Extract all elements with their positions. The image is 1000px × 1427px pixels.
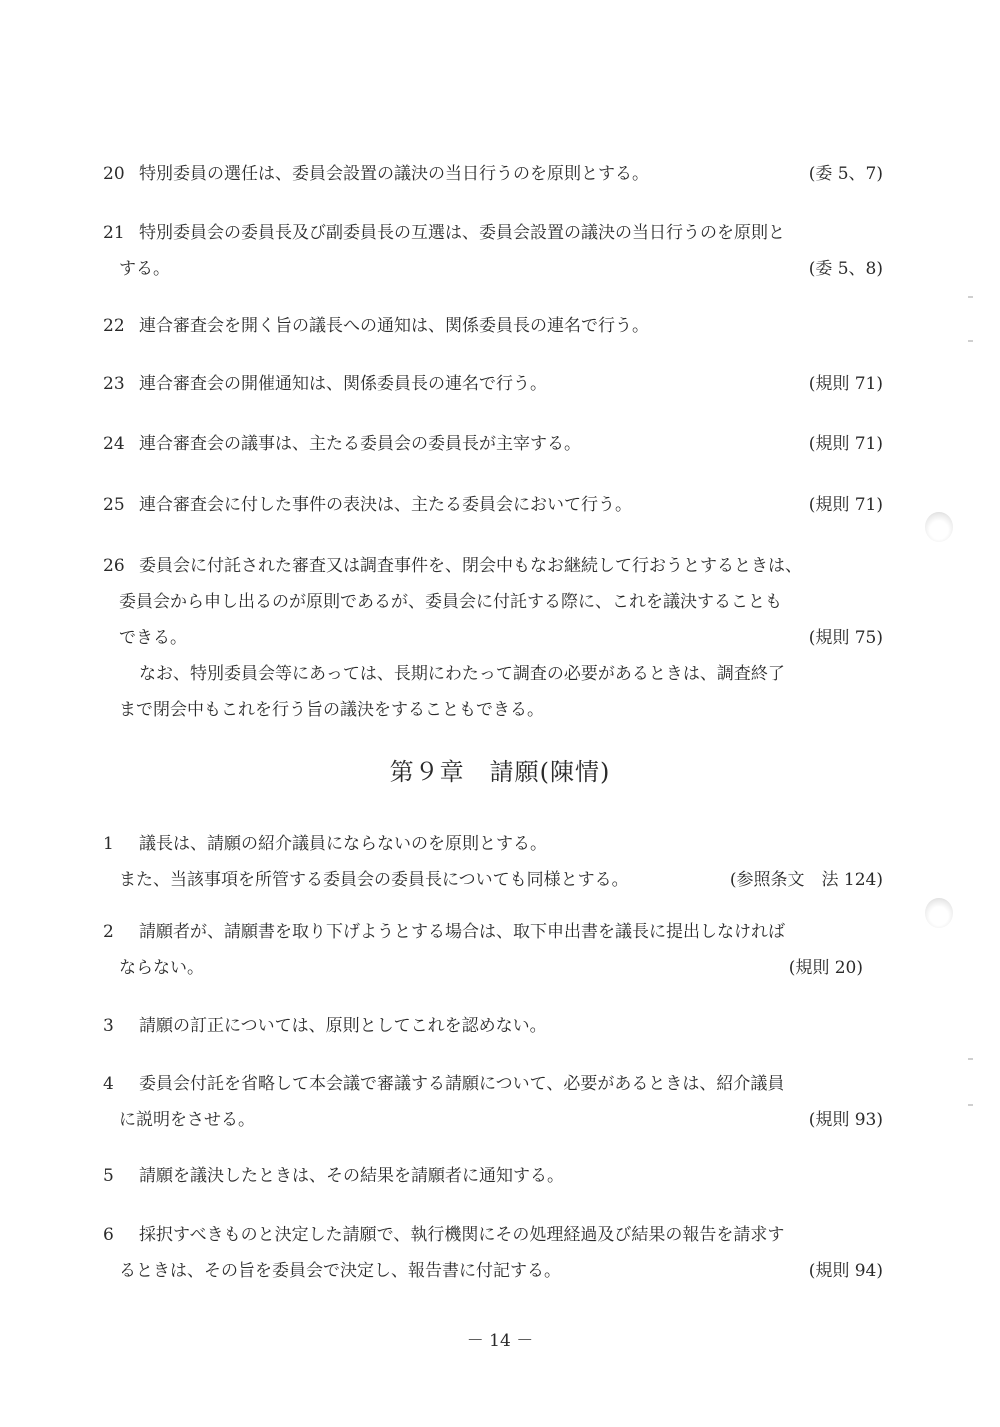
petition-item-2: 2請願者が、請願書を取り下げようとする場合は、取下申出書を議長に提出しなければ … bbox=[103, 914, 883, 986]
chapter-heading: 第９章 請願(陳情) bbox=[0, 752, 1000, 787]
item-text-cont: ならない。 bbox=[119, 950, 204, 986]
item-text: 連合審査会を開く旨の議長への通知は、関係委員長の連名で行う。 bbox=[139, 316, 649, 336]
petition-item-5: 5請願を議決したときは、その結果を請願者に通知する。 bbox=[103, 1158, 883, 1194]
item-number: 22 bbox=[103, 308, 139, 344]
item-text: 請願者が、請願書を取り下げようとする場合は、取下申出書を議長に提出しなければ bbox=[139, 922, 785, 942]
item-reference: (規則 20) bbox=[789, 950, 863, 986]
item-reference: (規則 71) bbox=[809, 487, 883, 523]
item-text-cont: する。 bbox=[119, 251, 170, 287]
item-number: 2 bbox=[103, 914, 139, 950]
rule-item-23: 23連合審査会の開催通知は、関係委員長の連名で行う。 (規則 71) bbox=[103, 366, 883, 402]
item-text-cont: に説明をさせる。 bbox=[119, 1102, 255, 1138]
item-text: 採択すべきものと決定した請願で、執行機関にその処理経過及び結果の報告を請求す bbox=[139, 1225, 784, 1245]
rule-item-20: 20特別委員の選任は、委員会設置の議決の当日行うのを原則とする。 (委 5、7) bbox=[103, 156, 883, 192]
item-reference: (委 5、8) bbox=[809, 251, 883, 287]
item-text-cont: 委員会から申し出るのが原則であるが、委員会に付託する際に、これを議決することも bbox=[119, 584, 782, 620]
item-reference: (規則 93) bbox=[809, 1102, 883, 1138]
item-text: 連合審査会の開催通知は、関係委員長の連名で行う。 bbox=[139, 374, 547, 394]
rule-item-22: 22連合審査会を開く旨の議長への通知は、関係委員長の連名で行う。 bbox=[103, 308, 883, 344]
item-number: 24 bbox=[103, 426, 139, 462]
item-number: 6 bbox=[103, 1217, 139, 1253]
item-reference: (委 5、7) bbox=[809, 156, 883, 192]
item-text: 請願の訂正については、原則としてこれを認めない。 bbox=[139, 1016, 547, 1036]
item-number: 5 bbox=[103, 1158, 139, 1194]
scan-mark-icon bbox=[968, 340, 973, 342]
item-text: 連合審査会の議事は、主たる委員会の委員長が主宰する。 bbox=[139, 434, 581, 454]
item-number: 25 bbox=[103, 487, 139, 523]
item-note: なお、特別委員会等にあっては、長期にわたって調査の必要があるときは、調査終了 bbox=[139, 656, 785, 692]
item-number: 20 bbox=[103, 156, 139, 192]
item-number: 23 bbox=[103, 366, 139, 402]
item-text-cont: できる。 bbox=[119, 620, 187, 656]
item-reference: (規則 71) bbox=[809, 426, 883, 462]
item-text: 特別委員の選任は、委員会設置の議決の当日行うのを原則とする。 bbox=[139, 164, 649, 184]
item-note-cont: まで閉会中もこれを行う旨の議決をすることもできる。 bbox=[119, 692, 544, 728]
item-number: 3 bbox=[103, 1008, 139, 1044]
punch-hole-icon bbox=[925, 512, 953, 542]
petition-item-3: 3請願の訂正については、原則としてこれを認めない。 bbox=[103, 1008, 883, 1044]
item-reference: (規則 75) bbox=[809, 620, 883, 656]
item-number: 26 bbox=[103, 548, 139, 584]
rule-item-24: 24連合審査会の議事は、主たる委員会の委員長が主宰する。 (規則 71) bbox=[103, 426, 883, 462]
item-number: 4 bbox=[103, 1066, 139, 1102]
scan-mark-icon bbox=[968, 1058, 973, 1060]
page-number: － 14 － bbox=[0, 1326, 1000, 1351]
item-text: 委員会に付託された審査又は調査事件を、閉会中もなお継続して行おうとするときは、 bbox=[139, 556, 802, 576]
scan-mark-icon bbox=[968, 296, 973, 298]
item-reference: (規則 94) bbox=[809, 1253, 883, 1289]
rule-item-21: 21特別委員会の委員長及び副委員長の互選は、委員会設置の議決の当日行うのを原則と… bbox=[103, 215, 883, 287]
item-text: 特別委員会の委員長及び副委員長の互選は、委員会設置の議決の当日行うのを原則と bbox=[139, 223, 785, 243]
item-text: 委員会付託を省略して本会議で審議する請願について、必要があるときは、紹介議員 bbox=[139, 1074, 784, 1094]
item-number: 21 bbox=[103, 215, 139, 251]
item-text: 連合審査会に付した事件の表決は、主たる委員会において行う。 bbox=[139, 495, 632, 515]
scan-mark-icon bbox=[968, 1104, 973, 1106]
document-page: 20特別委員の選任は、委員会設置の議決の当日行うのを原則とする。 (委 5、7)… bbox=[0, 0, 1000, 1427]
rule-item-25: 25連合審査会に付した事件の表決は、主たる委員会において行う。 (規則 71) bbox=[103, 487, 883, 523]
item-text: 請願を議決したときは、その結果を請願者に通知する。 bbox=[139, 1166, 564, 1186]
petition-item-4: 4委員会付託を省略して本会議で審議する請願について、必要があるときは、紹介議員 … bbox=[103, 1066, 883, 1138]
item-text: 議長は、請願の紹介議員にならないのを原則とする。 bbox=[139, 834, 547, 854]
punch-hole-icon bbox=[925, 898, 953, 928]
petition-item-1: 1議長は、請願の紹介議員にならないのを原則とする。 また、当該事項を所管する委員… bbox=[103, 826, 883, 898]
item-text-cont: るときは、その旨を委員会で決定し、報告書に付記する。 bbox=[119, 1253, 561, 1289]
item-reference: (参照条文 法 124) bbox=[730, 862, 883, 898]
item-number: 1 bbox=[103, 826, 139, 862]
rule-item-26: 26委員会に付託された審査又は調査事件を、閉会中もなお継続して行おうとするときは… bbox=[103, 548, 883, 728]
petition-item-6: 6採択すべきものと決定した請願で、執行機関にその処理経過及び結果の報告を請求す … bbox=[103, 1217, 883, 1289]
item-reference: (規則 71) bbox=[809, 366, 883, 402]
item-text-cont: また、当該事項を所管する委員会の委員長についても同様とする。 bbox=[119, 862, 629, 898]
